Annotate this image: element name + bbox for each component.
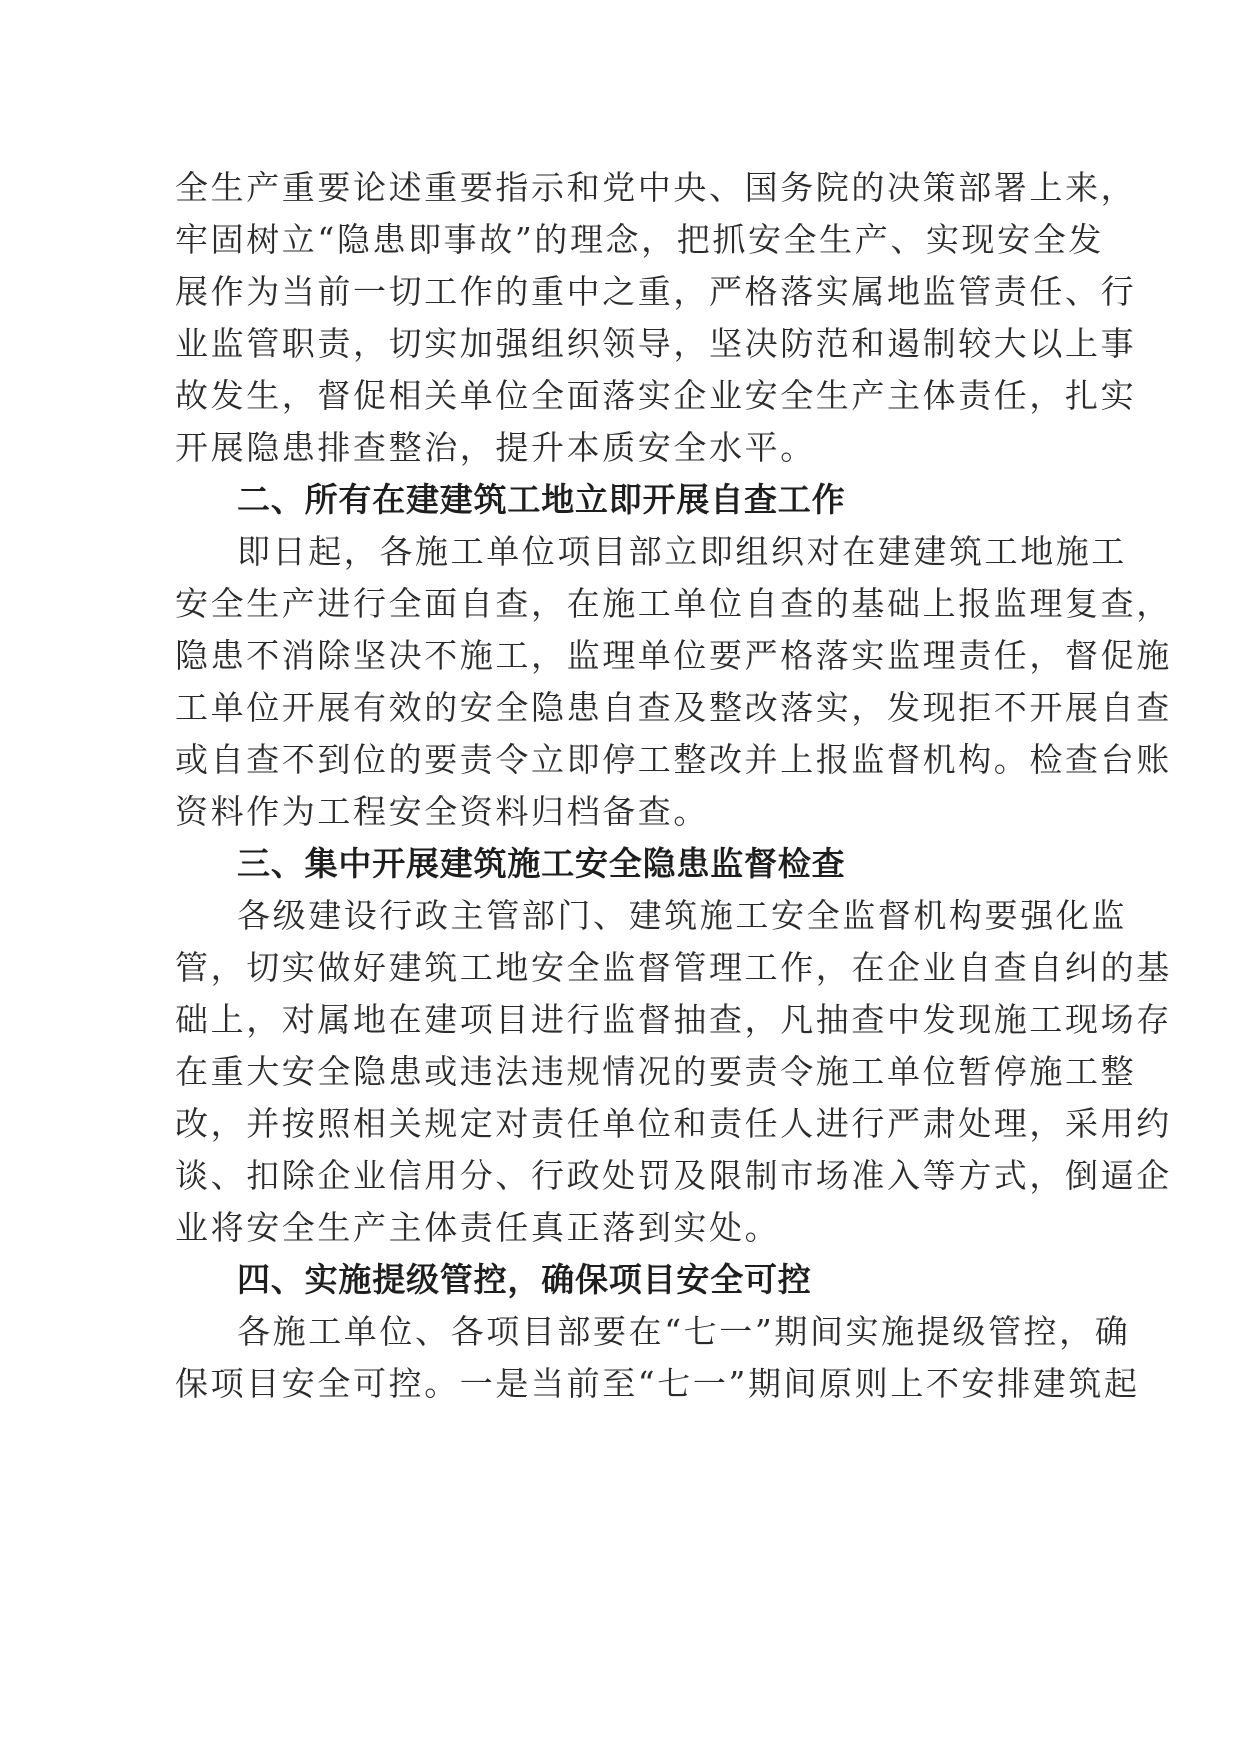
document-body: 全生产重要论述重要指示和党中央、国务院的决策部署上来， 牢固树立“隐患即事故”的… [175, 162, 1075, 1410]
paragraph-line: 或自查不到位的要责令立即停工整改并上报监督机构。检查台账 [175, 734, 1075, 786]
section-1-continuation: 全生产重要论述重要指示和党中央、国务院的决策部署上来， 牢固树立“隐患即事故”的… [175, 162, 1075, 474]
paragraph-line: 隐患不消除坚决不施工，监理单位要严格落实监理责任，督促施 [175, 630, 1075, 682]
section-3: 三、集中开展建筑施工安全隐患监督检查 各级建设行政主管部门、建筑施工安全监督机构… [175, 838, 1075, 1254]
paragraph-line: 牢固树立“隐患即事故”的理念，把抓安全生产、实现安全发 [175, 214, 1075, 266]
section-4: 四、实施提级管控，确保项目安全可控 各施工单位、各项目部要在“七一”期间实施提级… [175, 1254, 1075, 1410]
paragraph-line: 展作为当前一切工作的重中之重，严格落实属地监管责任、行 [175, 266, 1075, 318]
paragraph-line: 资料作为工程安全资料归档备查。 [175, 786, 1075, 838]
paragraph-line: 即日起，各施工单位项目部立即组织对在建建筑工地施工 [175, 526, 1075, 578]
paragraph-line: 业将安全生产主体责任真正落到实处。 [175, 1202, 1075, 1254]
section-heading: 三、集中开展建筑施工安全隐患监督检查 [175, 838, 1075, 890]
paragraph-line: 工单位开展有效的安全隐患自查及整改落实，发现拒不开展自查 [175, 682, 1075, 734]
document-page: 全生产重要论述重要指示和党中央、国务院的决策部署上来， 牢固树立“隐患即事故”的… [0, 0, 1240, 1752]
paragraph-line: 谈、扣除企业信用分、行政处罚及限制市场准入等方式，倒逼企 [175, 1150, 1075, 1202]
section-2: 二、所有在建建筑工地立即开展自查工作 即日起，各施工单位项目部立即组织对在建建筑… [175, 474, 1075, 838]
section-heading: 四、实施提级管控，确保项目安全可控 [175, 1254, 1075, 1306]
paragraph-line: 保项目安全可控。一是当前至“七一”期间原则上不安排建筑起 [175, 1358, 1075, 1410]
paragraph-line: 全生产重要论述重要指示和党中央、国务院的决策部署上来， [175, 162, 1075, 214]
paragraph-line: 故发生，督促相关单位全面落实企业安全生产主体责任，扎实 [175, 370, 1075, 422]
paragraph-line: 在重大安全隐患或违法违规情况的要责令施工单位暂停施工整 [175, 1046, 1075, 1098]
paragraph-line: 管，切实做好建筑工地安全监督管理工作，在企业自查自纠的基 [175, 942, 1075, 994]
paragraph-line: 础上，对属地在建项目进行监督抽查，凡抽查中发现施工现场存 [175, 994, 1075, 1046]
paragraph-line: 改，并按照相关规定对责任单位和责任人进行严肃处理，采用约 [175, 1098, 1075, 1150]
paragraph-line: 安全生产进行全面自查，在施工单位自查的基础上报监理复查， [175, 578, 1075, 630]
paragraph-line: 开展隐患排查整治，提升本质安全水平。 [175, 422, 1075, 474]
paragraph-line: 业监管职责，切实加强组织领导，坚决防范和遏制较大以上事 [175, 318, 1075, 370]
section-heading: 二、所有在建建筑工地立即开展自查工作 [175, 474, 1075, 526]
paragraph-line: 各施工单位、各项目部要在“七一”期间实施提级管控，确 [175, 1306, 1075, 1358]
paragraph-line: 各级建设行政主管部门、建筑施工安全监督机构要强化监 [175, 890, 1075, 942]
